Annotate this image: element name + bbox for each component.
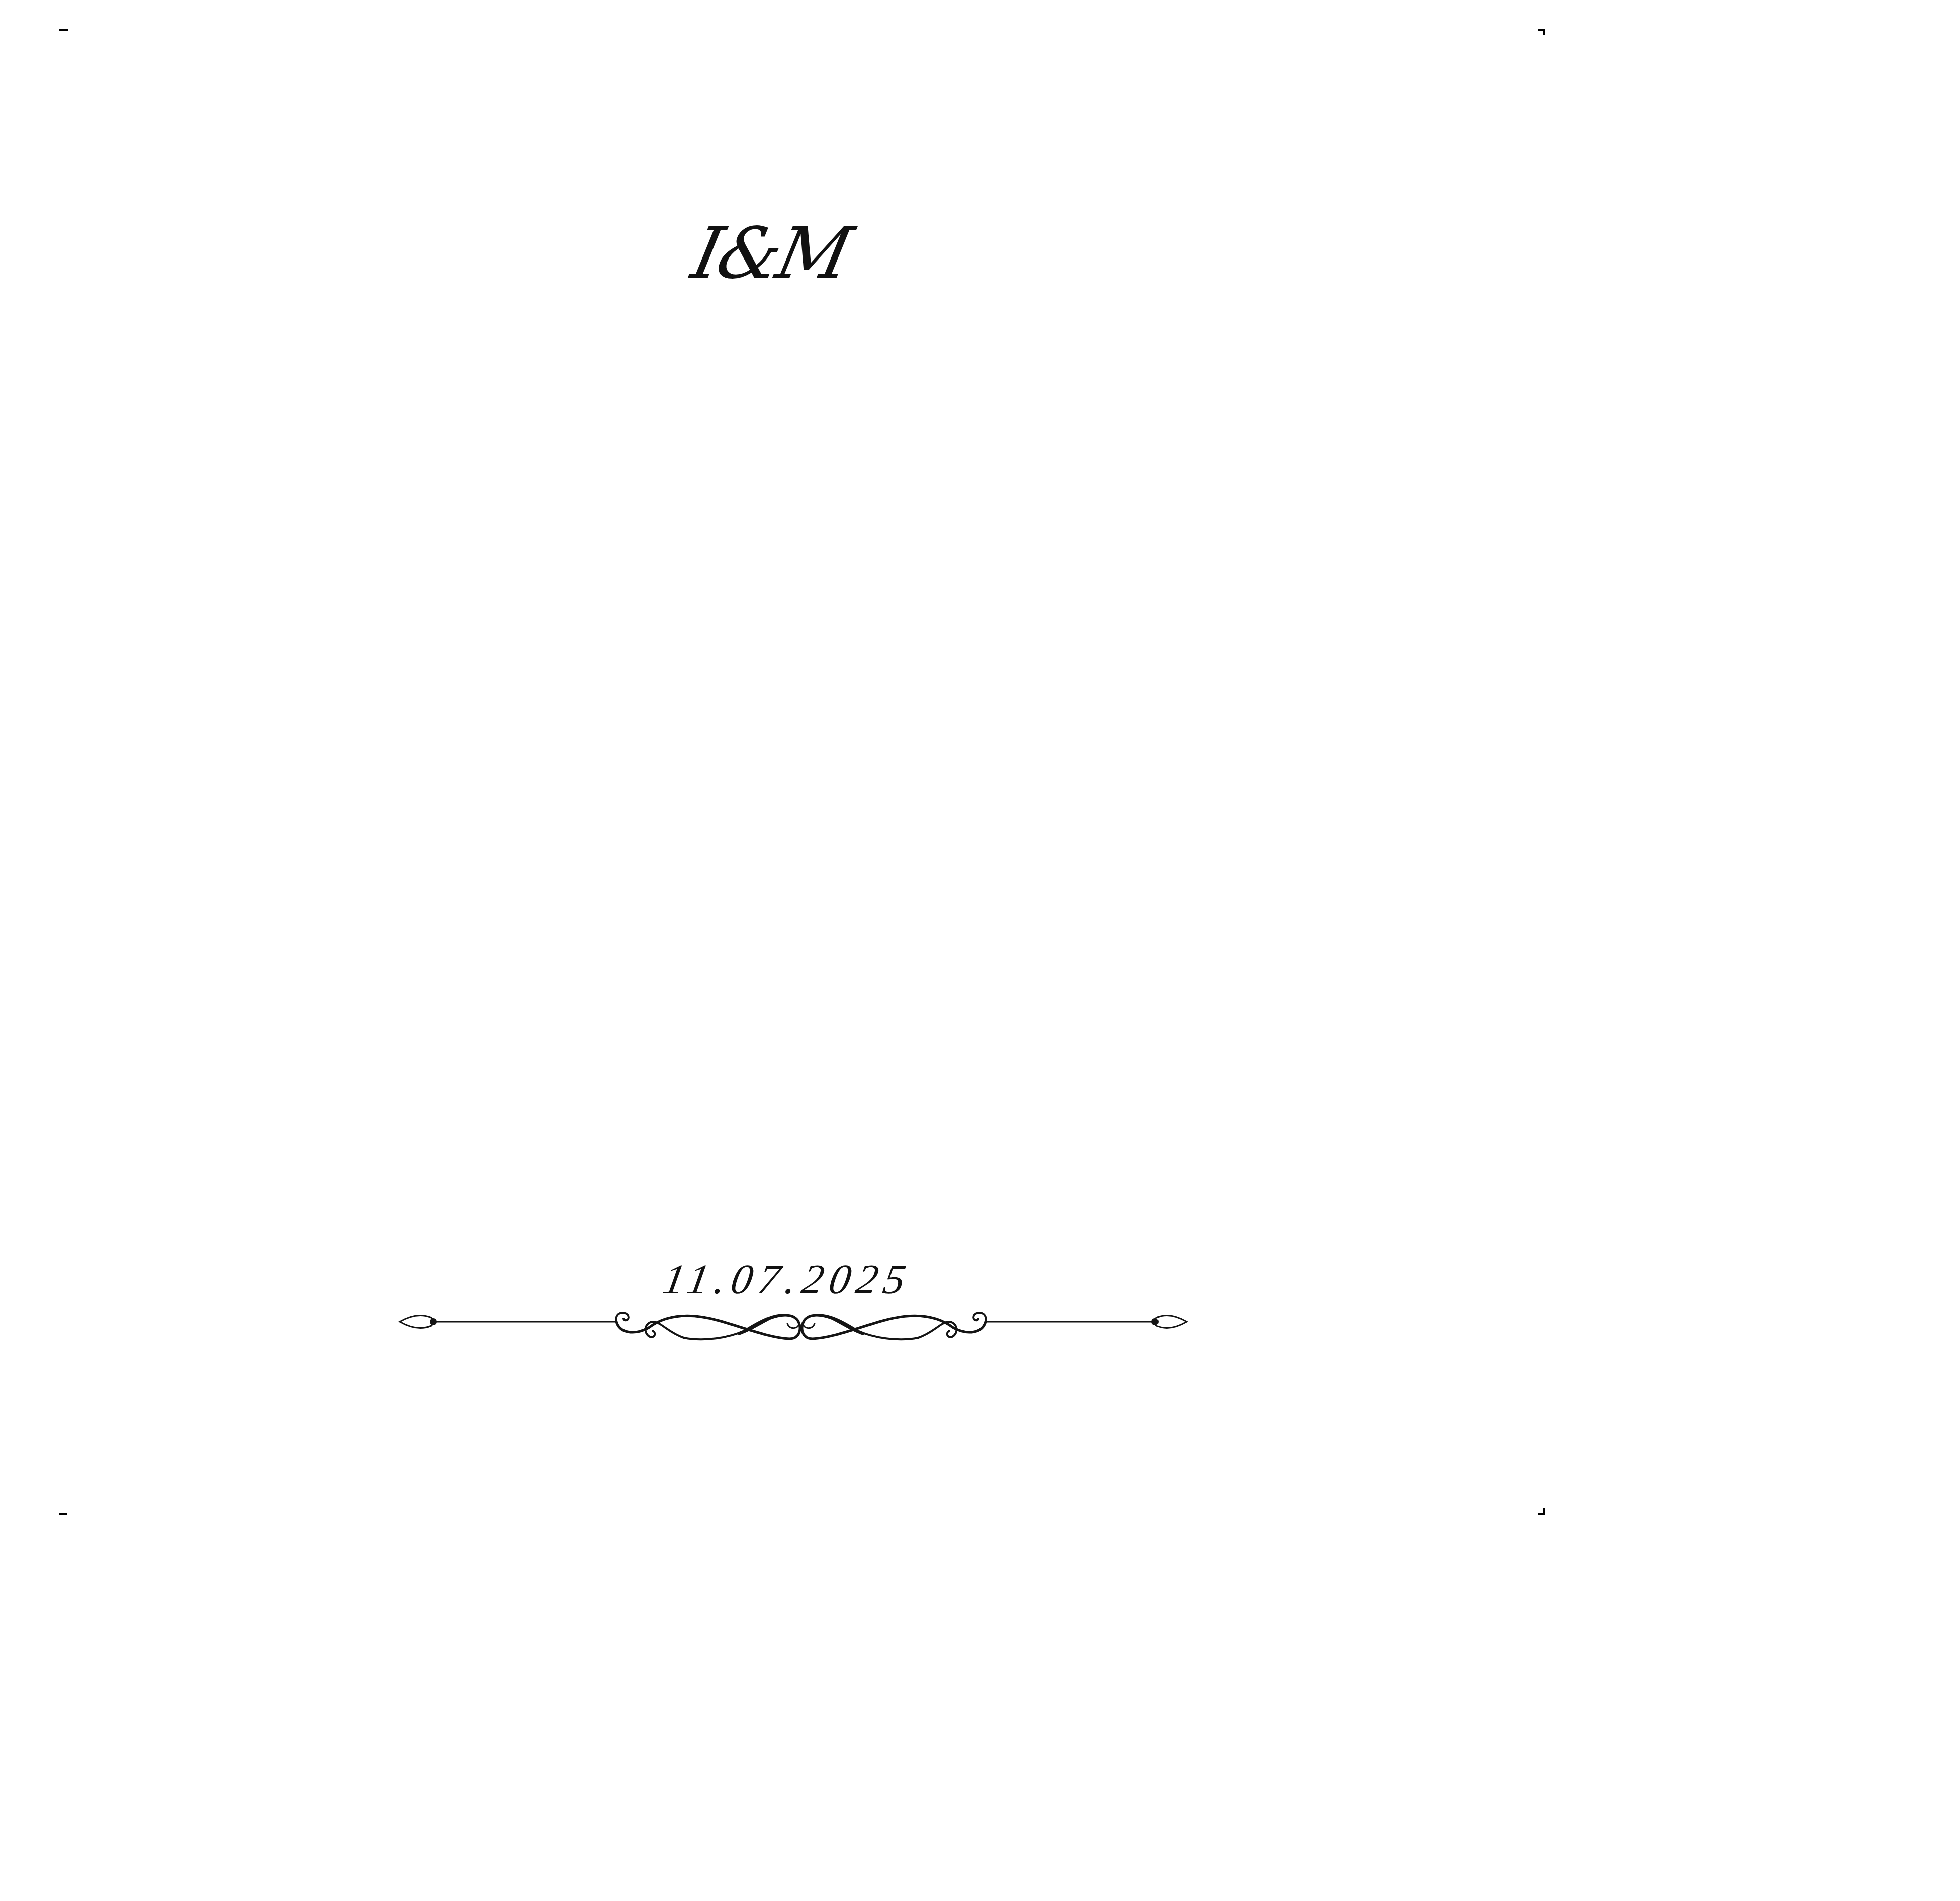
crop-mark-top-right-vertical [1543,29,1545,35]
crop-mark-bottom-left [59,1513,67,1515]
card-page: I&M 11.07.2025 [0,0,1960,1901]
wedding-date: 11.07.2025 [659,1255,900,1305]
ornamental-divider-icon [392,1303,1197,1353]
crop-mark-bottom-right-vertical [1543,1508,1545,1515]
monogram-initials: I&M [685,211,924,297]
crop-mark-top-left [59,29,68,31]
